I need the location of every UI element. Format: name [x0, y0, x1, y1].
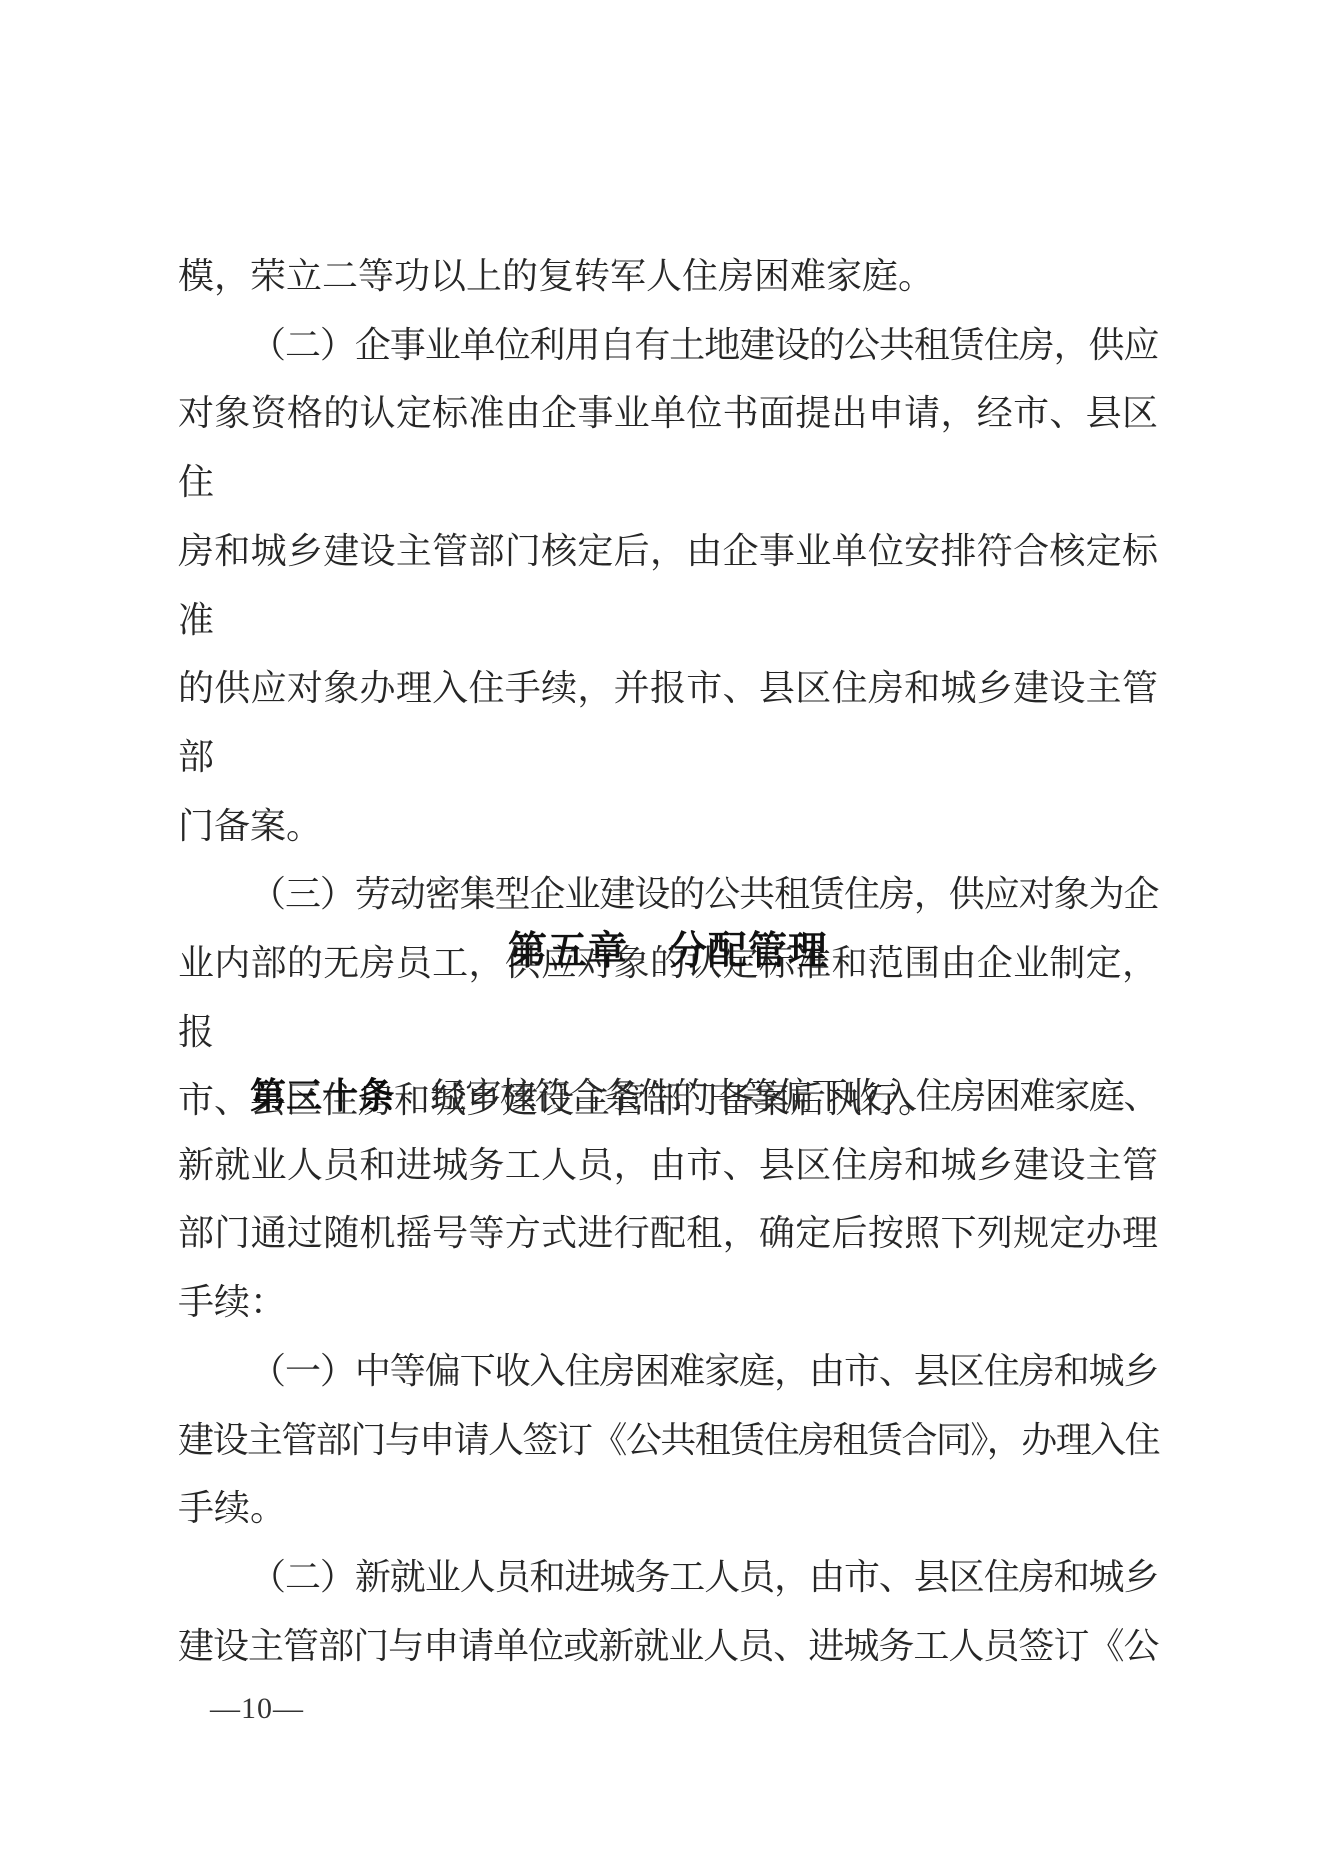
text-line: （二）企事业单位利用自有土地建设的公共租赁住房，供应 — [178, 311, 1158, 380]
text-line: （三）劳动密集型企业建设的公共租赁住房，供应对象为企 — [178, 860, 1158, 929]
chapter-heading: 第五章 分配管理 — [178, 928, 1158, 976]
text-line: 手续： — [178, 1268, 1158, 1337]
paragraph-block-article: 第三十条经审核符合条件的中等偏下收入住房困难家庭、 新就业人员和进城务工人员，由… — [178, 1062, 1158, 1680]
text-line: 手续。 — [178, 1474, 1158, 1543]
text-line: （二）新就业人员和进城务工人员，由市、县区住房和城乡 — [178, 1543, 1158, 1612]
text-line: 的供应对象办理入住手续，并报市、县区住房和城乡建设主管部 — [178, 654, 1158, 791]
article-first-line-text: 经审核符合条件的中等偏下收入住房困难家庭、 — [431, 1076, 1158, 1116]
page-number: —10— — [210, 1692, 304, 1726]
text-line: （一）中等偏下收入住房困难家庭，由市、县区住房和城乡 — [178, 1337, 1158, 1406]
document-page: 模，荣立二等功以上的复转军人住房困难家庭。 （二）企事业单位利用自有土地建设的公… — [0, 0, 1322, 1871]
text-line: 门备案。 — [178, 792, 1158, 861]
text-line: 建设主管部门与申请人签订《公共租赁住房租赁合同》，办理入住 — [178, 1406, 1158, 1475]
text-line: 房和城乡建设主管部门核定后，由企事业单位安排符合核定标准 — [178, 517, 1158, 654]
article-number: 第三十条 — [250, 1075, 395, 1116]
text-line: 模，荣立二等功以上的复转军人住房困难家庭。 — [178, 242, 1158, 311]
text-line: 新就业人员和进城务工人员，由市、县区住房和城乡建设主管 — [178, 1131, 1158, 1200]
text-line: 建设主管部门与申请单位或新就业人员、进城务工人员签订《公 — [178, 1612, 1158, 1681]
text-line: 对象资格的认定标准由企事业单位书面提出申请，经市、县区住 — [178, 379, 1158, 516]
article-first-line: 第三十条经审核符合条件的中等偏下收入住房困难家庭、 — [178, 1062, 1158, 1131]
paragraph-block-top: 模，荣立二等功以上的复转军人住房困难家庭。 （二）企事业单位利用自有土地建设的公… — [178, 242, 1158, 1135]
text-line: 部门通过随机摇号等方式进行配租，确定后按照下列规定办理 — [178, 1199, 1158, 1268]
